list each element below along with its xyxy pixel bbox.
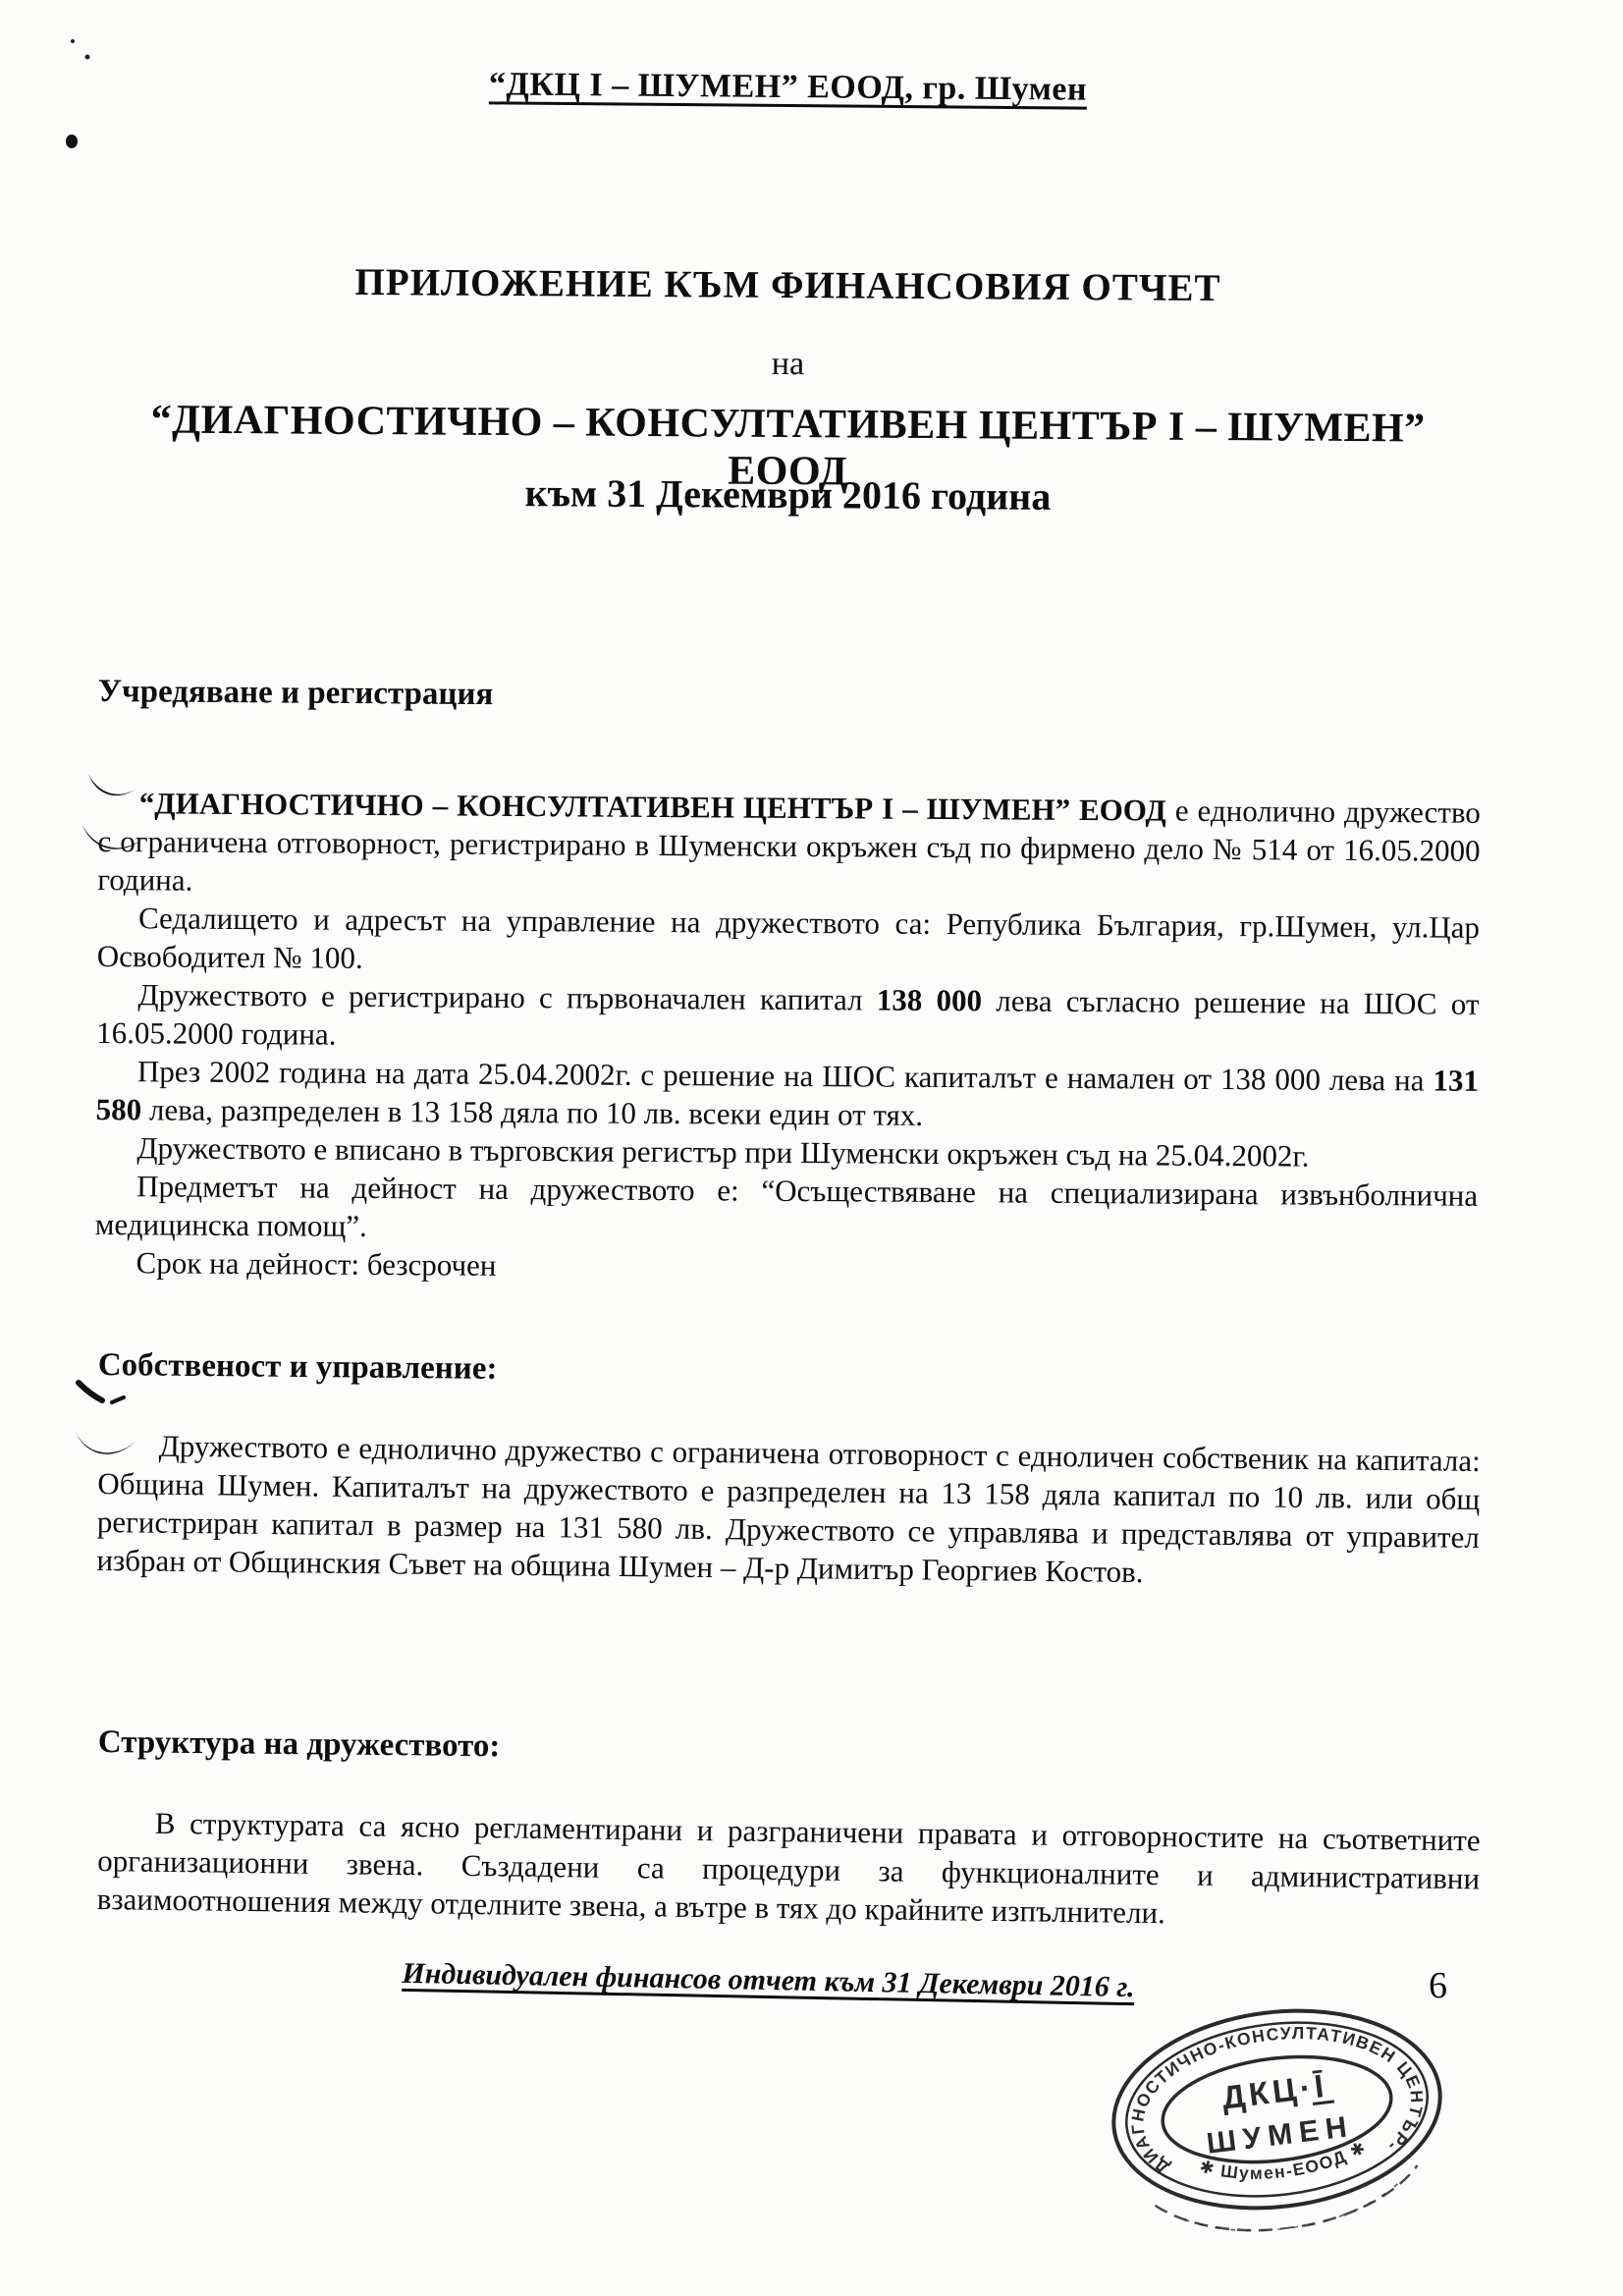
paragraph-address: Седалището и адресът на управление на др… xyxy=(97,899,1481,985)
paragraph-registration: “ДИАГНОСТИЧНО – КОНСУЛТАТИВЕН ЦЕНТЪР I –… xyxy=(97,784,1481,908)
header-company-name: “ДКЦ I – ШУМЕН” ЕООД, гр. Шумен xyxy=(489,66,1087,107)
section-heading-founding: Учредяване и регистрация xyxy=(98,674,1478,721)
paragraph-ownership: Дружеството е еднолично дружество с огра… xyxy=(96,1426,1481,1595)
section-body-ownership: Дружеството е еднолично дружество с огра… xyxy=(96,1426,1481,1595)
document-header: “ДКЦ I – ШУМЕН” ЕООД, гр. Шумен xyxy=(98,63,1478,112)
paragraph-activity-subject: Предметът на дейност на дружеството е: “… xyxy=(95,1167,1479,1253)
paragraph-registration-bold: “ДИАГНОСТИЧНО – КОНСУЛТАТИВЕН ЦЕНТЪР I –… xyxy=(139,786,1166,827)
section-heading-ownership: Собственост и управление: xyxy=(98,1347,1478,1396)
footer-report-label: Индивидуален финансов отчет към 31 Декем… xyxy=(402,1957,1135,2003)
paragraph-initial-capital: Дружеството е регистрирано с първоначале… xyxy=(96,975,1480,1062)
scanned-page: “ДКЦ I – ШУМЕН” ЕООД, гр. Шумен ПРИЛОЖЕН… xyxy=(0,0,1623,2296)
section-body-founding: “ДИАГНОСТИЧНО – КОНСУЛТАТИВЕН ЦЕНТЪР I –… xyxy=(94,784,1481,1291)
report-date-title: към 31 Декември 2016 година xyxy=(98,466,1478,522)
initial-capital-amount: 138 000 xyxy=(877,983,983,1018)
stamp-center-abbr: ДКЦ·Ī xyxy=(1219,2067,1329,2116)
section-body-structure: В структурата са ясно регламентирани и р… xyxy=(96,1803,1480,1936)
company-stamp: ДИАГНОСТИЧНО-КОНСУЛТАТИВЕН ЦЕНТЪР-I ✱ Шу… xyxy=(1081,1976,1474,2251)
paragraph-structure: В структурата са ясно регламентирани и р… xyxy=(96,1803,1480,1936)
paragraph-capital-reduction: През 2002 година на дата 25.04.2002г. с … xyxy=(96,1052,1480,1138)
section-heading-structure: Структура на дружеството: xyxy=(98,1724,1478,1776)
appendix-title: ПРИЛОЖЕНИЕ КЪМ ФИНАНСОВИЯ ОТЧЕТ xyxy=(98,258,1478,312)
title-preposition: на xyxy=(98,341,1478,388)
